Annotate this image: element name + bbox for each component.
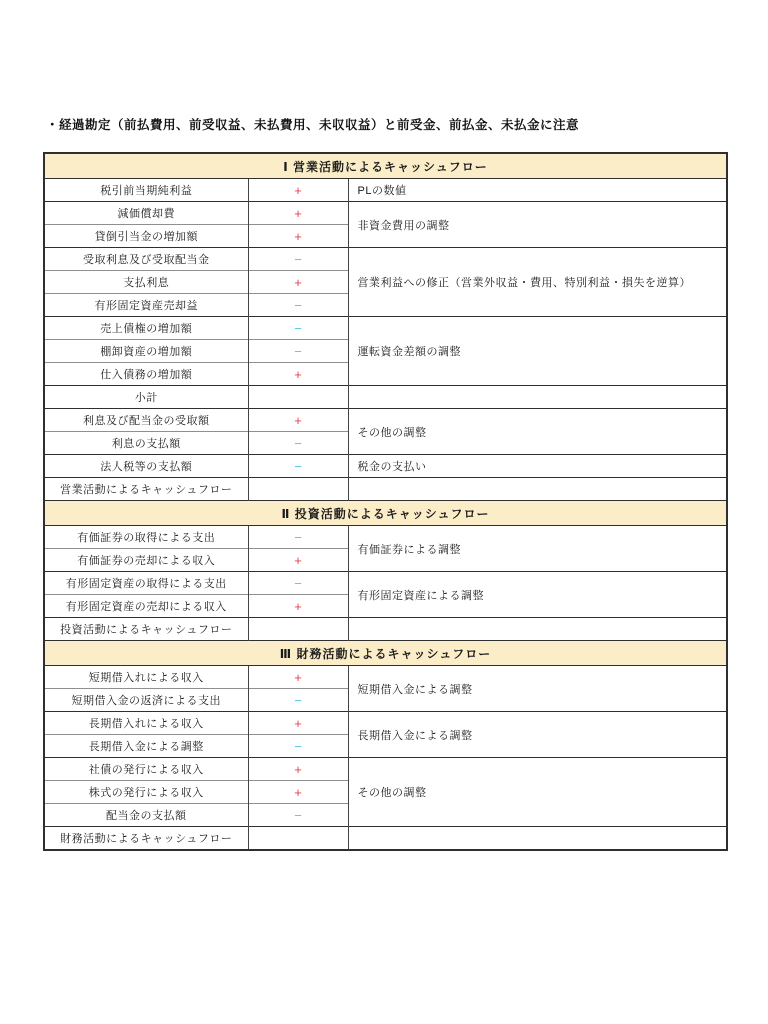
- sign-cell: +: [248, 758, 348, 781]
- section-header: Ⅲ 財務活動によるキャッシュフロー: [44, 641, 727, 666]
- item-cell: 棚卸資産の増加額: [44, 340, 248, 363]
- table-row: 営業活動によるキャッシュフロー: [44, 478, 727, 501]
- item-cell: 有形固定資産売却益: [44, 294, 248, 317]
- section-header-row: Ⅱ 投資活動によるキャッシュフロー: [44, 501, 727, 526]
- item-cell: 長期借入金による調整: [44, 735, 248, 758]
- sign-cell: +: [248, 549, 348, 572]
- sign-cell: −: [248, 689, 348, 712]
- section-header: Ⅱ 投資活動によるキャッシュフロー: [44, 501, 727, 526]
- sign-cell: −: [248, 455, 348, 478]
- sign-cell: +: [248, 179, 348, 202]
- item-cell: 社債の発行による収入: [44, 758, 248, 781]
- sign-cell: −: [248, 248, 348, 271]
- item-cell: 利息の支払額: [44, 432, 248, 455]
- table-row: 有形固定資産の取得による支出−有形固定資産による調整: [44, 572, 727, 595]
- document-page: ・経過勘定（前払費用、前受収益、未払費用、未収収益）と前受金、前払金、未払金に注…: [0, 0, 768, 1024]
- item-cell: 配当金の支払額: [44, 804, 248, 827]
- note-cell: 営業利益への修正（営業外収益・費用、特別利益・損失を逆算）: [348, 248, 727, 317]
- note-cell: PLの数値: [348, 179, 727, 202]
- table-row: 税引前当期純利益+PLの数値: [44, 179, 727, 202]
- item-cell: 受取利息及び受取配当金: [44, 248, 248, 271]
- note-cell: 長期借入金による調整: [348, 712, 727, 758]
- item-cell: 有価証券の売却による収入: [44, 549, 248, 572]
- cashflow-table: Ⅰ 営業活動によるキャッシュフロー税引前当期純利益+PLの数値減価償却費+非資金…: [43, 152, 728, 851]
- table-row: 財務活動によるキャッシュフロー: [44, 827, 727, 851]
- note-cell: [348, 618, 727, 641]
- table-row: 減価償却費+非資金費用の調整: [44, 202, 727, 225]
- item-cell: 支払利息: [44, 271, 248, 294]
- cashflow-table-body: Ⅰ 営業活動によるキャッシュフロー税引前当期純利益+PLの数値減価償却費+非資金…: [44, 153, 727, 850]
- note-cell: 短期借入金による調整: [348, 666, 727, 712]
- sign-cell: +: [248, 271, 348, 294]
- item-cell: 貸倒引当金の増加額: [44, 225, 248, 248]
- sign-cell: +: [248, 409, 348, 432]
- item-cell: 短期借入金の返済による支出: [44, 689, 248, 712]
- note-cell: 税金の支払い: [348, 455, 727, 478]
- item-cell: 減価償却費: [44, 202, 248, 225]
- item-cell: 有形固定資産の売却による収入: [44, 595, 248, 618]
- table-row: 投資活動によるキャッシュフロー: [44, 618, 727, 641]
- sign-cell: −: [248, 340, 348, 363]
- note-cell: その他の調整: [348, 758, 727, 827]
- sign-cell: −: [248, 294, 348, 317]
- item-cell: 法人税等の支払額: [44, 455, 248, 478]
- note-cell: その他の調整: [348, 409, 727, 455]
- sign-cell: +: [248, 595, 348, 618]
- table-row: 有価証券の取得による支出−有価証券による調整: [44, 526, 727, 549]
- item-cell: 長期借入れによる収入: [44, 712, 248, 735]
- sign-cell: +: [248, 781, 348, 804]
- item-cell: 仕入債務の増加額: [44, 363, 248, 386]
- sign-cell: −: [248, 432, 348, 455]
- sign-cell: −: [248, 317, 348, 340]
- sign-cell: [248, 386, 348, 409]
- sign-cell: +: [248, 202, 348, 225]
- sign-cell: [248, 478, 348, 501]
- item-cell: 有形固定資産の取得による支出: [44, 572, 248, 595]
- section-header-row: Ⅲ 財務活動によるキャッシュフロー: [44, 641, 727, 666]
- item-cell: 有価証券の取得による支出: [44, 526, 248, 549]
- table-row: 売上債権の増加額−運転資金差額の調整: [44, 317, 727, 340]
- sign-cell: +: [248, 225, 348, 248]
- sign-cell: +: [248, 712, 348, 735]
- note-cell: 非資金費用の調整: [348, 202, 727, 248]
- table-row: 短期借入れによる収入+短期借入金による調整: [44, 666, 727, 689]
- note-cell: 有形固定資産による調整: [348, 572, 727, 618]
- table-row: 小計: [44, 386, 727, 409]
- note-cell: [348, 478, 727, 501]
- table-row: 社債の発行による収入+その他の調整: [44, 758, 727, 781]
- note-cell: 運転資金差額の調整: [348, 317, 727, 386]
- sign-cell: +: [248, 666, 348, 689]
- sign-cell: [248, 827, 348, 851]
- sign-cell: [248, 618, 348, 641]
- item-cell: 税引前当期純利益: [44, 179, 248, 202]
- item-cell: 短期借入れによる収入: [44, 666, 248, 689]
- section-header-row: Ⅰ 営業活動によるキャッシュフロー: [44, 153, 727, 179]
- item-cell: 投資活動によるキャッシュフロー: [44, 618, 248, 641]
- section-header: Ⅰ 営業活動によるキャッシュフロー: [44, 153, 727, 179]
- table-row: 受取利息及び受取配当金−営業利益への修正（営業外収益・費用、特別利益・損失を逆算…: [44, 248, 727, 271]
- item-cell: 小計: [44, 386, 248, 409]
- item-cell: 利息及び配当金の受取額: [44, 409, 248, 432]
- sign-cell: −: [248, 804, 348, 827]
- note-cell: [348, 827, 727, 851]
- item-cell: 株式の発行による収入: [44, 781, 248, 804]
- item-cell: 売上債権の増加額: [44, 317, 248, 340]
- item-cell: 営業活動によるキャッシュフロー: [44, 478, 248, 501]
- table-row: 利息及び配当金の受取額+その他の調整: [44, 409, 727, 432]
- table-row: 法人税等の支払額−税金の支払い: [44, 455, 727, 478]
- sign-cell: −: [248, 572, 348, 595]
- sign-cell: −: [248, 735, 348, 758]
- sign-cell: +: [248, 363, 348, 386]
- note-cell: [348, 386, 727, 409]
- table-row: 長期借入れによる収入+長期借入金による調整: [44, 712, 727, 735]
- note-cell: 有価証券による調整: [348, 526, 727, 572]
- accrual-accounts-note: ・経過勘定（前払費用、前受収益、未払費用、未収収益）と前受金、前払金、未払金に注…: [46, 115, 579, 133]
- item-cell: 財務活動によるキャッシュフロー: [44, 827, 248, 851]
- sign-cell: −: [248, 526, 348, 549]
